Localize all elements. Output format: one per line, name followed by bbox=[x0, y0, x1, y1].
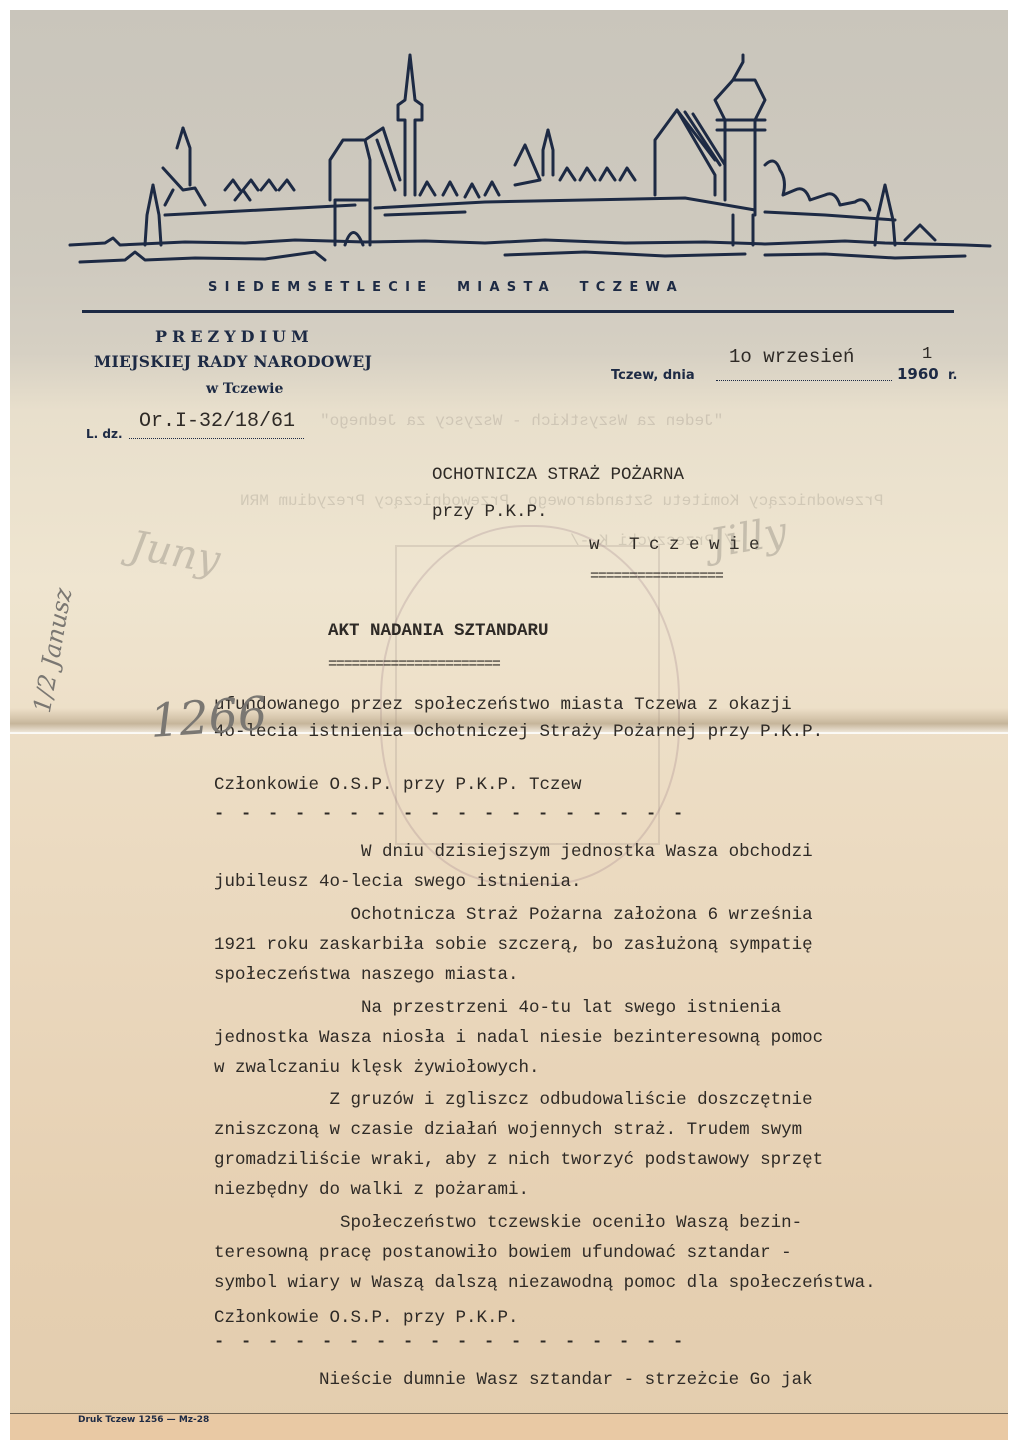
bleed-signature: Juny bbox=[127, 523, 224, 584]
closing-line: Nieście dumnie Wasz sztandar - strzeżcie… bbox=[214, 1370, 813, 1390]
body-line: teresowną pracę postanowiło bowiem ufund… bbox=[214, 1243, 792, 1263]
body-line: niezbędny do walki z pożarami. bbox=[214, 1180, 529, 1200]
body-line: Ochotnicza Straż Pożarna założona 6 wrze… bbox=[214, 905, 813, 925]
title-underline: ====================== bbox=[328, 656, 500, 673]
letterhead-subtitle: SIEDEMSETLECIE MIASTA TCZEWA bbox=[208, 280, 684, 295]
body-line: jubileusz 4o-lecia swego istnienia. bbox=[214, 872, 582, 892]
recipient-name: OCHOTNICZA STRAŻ POŻARNA bbox=[432, 465, 684, 485]
body-line: Na przestrzeni 4o-tu lat swego istnienia bbox=[214, 998, 781, 1018]
body-line: społeczeństwa naszego miasta. bbox=[214, 965, 519, 985]
letterhead-rule bbox=[82, 310, 954, 313]
intro-line: ufundowanego przez społeczeństwo miasta … bbox=[214, 695, 792, 715]
town-skyline-illustration bbox=[65, 40, 995, 270]
body-line: 1921 roku zaskarbiła sobie szczerą, bo z… bbox=[214, 935, 813, 955]
address-underline: - - - - - - - - - - - - - - - - - - bbox=[214, 1333, 687, 1352]
bleed-through-text: Przewodniczący Komitetu Sztandarowego Pr… bbox=[240, 492, 883, 510]
address-line: Członkowie O.S.P. przy P.K.P. bbox=[214, 1308, 519, 1328]
date-year-correction: 1 bbox=[922, 345, 932, 364]
issuer-location: w Tczewie bbox=[206, 381, 283, 397]
date-label: Tczew, dnia bbox=[611, 368, 695, 383]
date-year: 1960 bbox=[897, 365, 939, 383]
body-line: Społeczeństwo tczewskie oceniło Waszą be… bbox=[214, 1213, 802, 1233]
document-title: AKT NADANIA SZTANDARU bbox=[328, 621, 549, 641]
reference-dotted-line bbox=[129, 438, 304, 439]
body-line: zniszczoną w czasie działań wojennych st… bbox=[214, 1120, 802, 1140]
reference-number: Or.I-32/18/61 bbox=[139, 410, 295, 433]
body-line: gromadziliście wraki, aby z nich tworzyć… bbox=[214, 1150, 823, 1170]
recipient-underline: ================= bbox=[590, 568, 723, 585]
address-underline: - - - - - - - - - - - - - - - - - - bbox=[214, 805, 687, 824]
body-line: W dniu dzisiejszym jednostka Wasza obcho… bbox=[214, 842, 813, 862]
intro-line: 4o-lecia istnienia Ochotniczej Straży Po… bbox=[214, 722, 823, 742]
bleed-through-text: "Jeden za Wszystkich - Wszyscy za Jedneg… bbox=[320, 412, 723, 430]
recipient-affiliation: przy P.K.P. bbox=[432, 502, 548, 522]
body-line: Z gruzów i zgliszcz odbudowaliście doszc… bbox=[214, 1090, 813, 1110]
pencil-number-annotation: 1266 bbox=[148, 686, 269, 748]
bleed-signature: Jilly bbox=[707, 509, 791, 568]
printer-mark: Druk Tczew 1256 — Mz-28 bbox=[78, 1415, 209, 1425]
date-value: 1o wrzesień bbox=[729, 346, 854, 368]
issuer-name: MIEJSKIEJ RADY NARODOWEJ bbox=[94, 352, 372, 371]
date-dotted-line bbox=[716, 380, 892, 381]
address-line: Członkowie O.S.P. przy P.K.P. Tczew bbox=[214, 775, 582, 795]
body-line: w zwalczaniu klęsk żywiołowych. bbox=[214, 1058, 540, 1078]
body-line: symbol wiary w Waszą dalszą niezawodną p… bbox=[214, 1273, 876, 1293]
pencil-margin-note: 1/2 Janusz bbox=[28, 586, 77, 715]
issuer-title: PREZYDIUM bbox=[155, 327, 314, 346]
date-suffix: r. bbox=[948, 368, 958, 383]
document-page: Przewodniczący Komitetu Sztandarowego Pr… bbox=[10, 10, 1008, 1440]
reference-label: L. dz. bbox=[86, 427, 123, 441]
body-line: jednostka Wasza niosła i nadal niesie be… bbox=[214, 1028, 823, 1048]
